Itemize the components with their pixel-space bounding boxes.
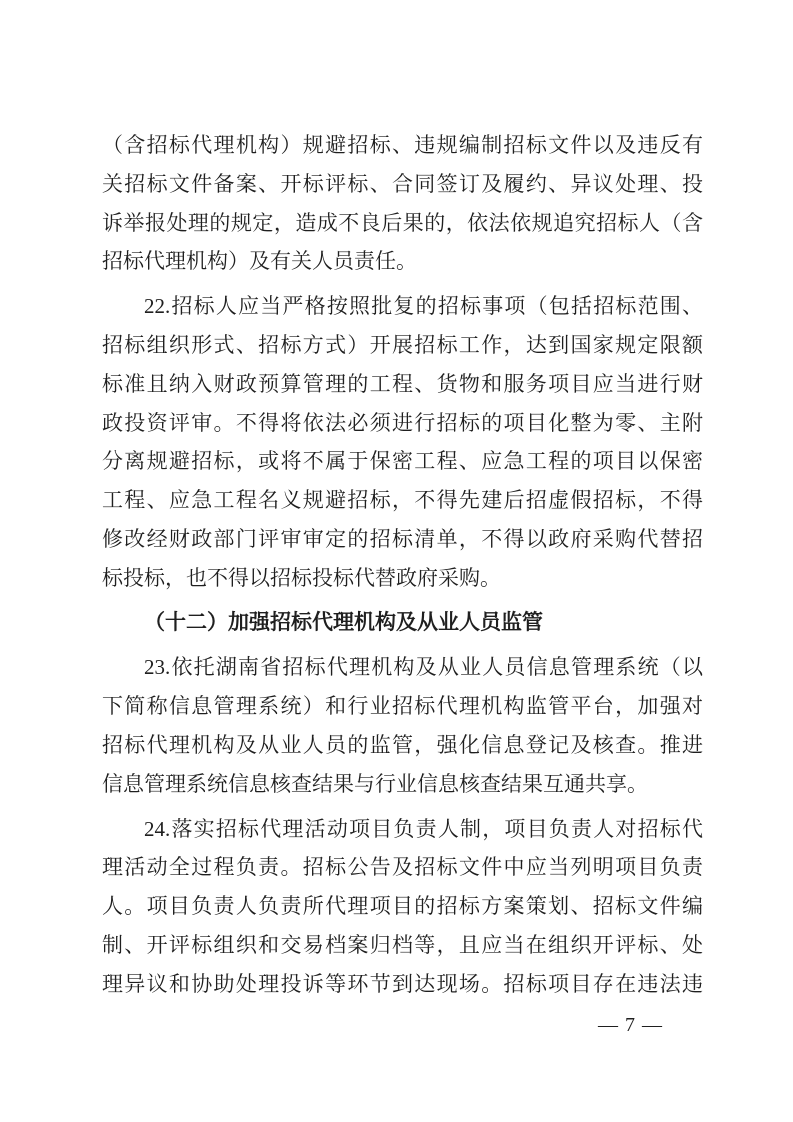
- para-item-22: 22.招标人应当严格按照批复的招标事项（包括招标范围、招标组织形式、招标方式）开…: [102, 287, 703, 597]
- text-line: 分离规避招标，或将不属于保密工程、应急工程的项目以保密: [102, 442, 703, 481]
- text-line: 招标组织形式、招标方式）开展招标工作，达到国家规定限额: [102, 326, 703, 365]
- text-line: 信息管理系统信息核查结果与行业信息核查结果互通共享。: [102, 765, 703, 804]
- text-line: 22.招标人应当严格按照批复的招标事项（包括招标范围、: [102, 287, 703, 326]
- text-line: 下简称信息管理系统）和行业招标代理机构监管平台，加强对: [102, 687, 703, 726]
- text-line: 标准且纳入财政预算管理的工程、货物和服务项目应当进行财: [102, 365, 703, 404]
- text-line: 人。项目负责人负责所代理项目的招标方案策划、招标文件编: [102, 887, 703, 926]
- page-number: — 7 —: [598, 1011, 678, 1039]
- text-line: 招标代理机构及从业人员的监管，强化信息登记及核查。推进: [102, 726, 703, 765]
- text-line: 招标代理机构）及有关人员责任。: [102, 242, 703, 281]
- text-line: 制、开评标组织和交易档案归档等，且应当在组织开评标、处: [102, 926, 703, 965]
- para-item-23: 23.依托湖南省招标代理机构及从业人员信息管理系统（以下简称信息管理系统）和行业…: [102, 648, 703, 803]
- para-continuation: （含招标代理机构）规避招标、违规编制招标文件以及违反有关招标文件备案、开标评标、…: [102, 126, 703, 281]
- text-line: （含招标代理机构）规避招标、违规编制招标文件以及违反有: [102, 126, 703, 165]
- text-line: 关招标文件备案、开标评标、合同签订及履约、异议处理、投: [102, 165, 703, 204]
- text-line: 23.依托湖南省招标代理机构及从业人员信息管理系统（以: [102, 648, 703, 687]
- document-page: （含招标代理机构）规避招标、违规编制招标文件以及违反有关招标文件备案、开标评标、…: [0, 0, 793, 1122]
- text-line: 政投资评审。不得将依法必须进行招标的项目化整为零、主附: [102, 404, 703, 443]
- document-body: （含招标代理机构）规避招标、违规编制招标文件以及违反有关招标文件备案、开标评标、…: [102, 126, 703, 1004]
- text-line: 工程、应急工程名义规避招标，不得先建后招虚假招标，不得: [102, 481, 703, 520]
- text-line: 标投标，也不得以招标投标代替政府采购。: [102, 559, 703, 598]
- para-item-24: 24.落实招标代理活动项目负责人制，项目负责人对招标代理活动全过程负责。招标公告…: [102, 810, 703, 1004]
- section-heading-line: （十二）加强招标代理机构及从业人员监管: [102, 604, 703, 643]
- text-line: 修改经财政部门评审审定的招标清单，不得以政府采购代替招: [102, 520, 703, 559]
- text-line: 24.落实招标代理活动项目负责人制，项目负责人对招标代: [102, 810, 703, 849]
- section-heading-12: （十二）加强招标代理机构及从业人员监管: [102, 604, 703, 643]
- text-line: 理异议和协助处理投诉等环节到达现场。招标项目存在违法违: [102, 965, 703, 1004]
- text-line: 诉举报处理的规定，造成不良后果的，依法依规追究招标人（含: [102, 204, 703, 243]
- text-line: 理活动全过程负责。招标公告及招标文件中应当列明项目负责: [102, 848, 703, 887]
